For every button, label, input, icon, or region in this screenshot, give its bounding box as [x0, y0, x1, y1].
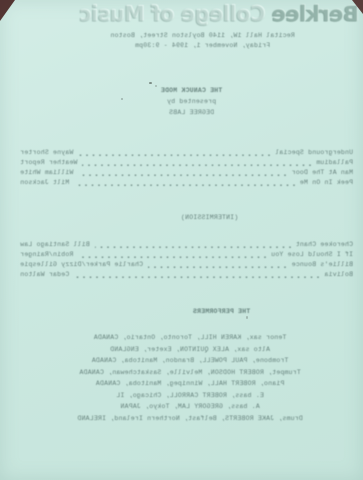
performer-line: Trombone, PAUL POWELL, Brandon, Manitoba…: [17, 355, 363, 367]
program-first-half: Underground Special Wayne Shorter Pallad…: [20, 148, 353, 188]
program-item: Bolivia Cedar Walton: [20, 270, 353, 280]
performer-line: Drums, JAKE ROBERTS, Belfast, Northern I…: [17, 413, 363, 425]
performer-line: A. bass, GREGORY LAM, Tokyo, JAPAN: [17, 401, 363, 413]
dot-leader: [74, 184, 294, 187]
program-item: Underground Special Wayne Shorter: [20, 148, 353, 158]
song-title: Man At The Door: [291, 168, 353, 178]
performer-line: Tenor sax, KAREN HILL, Toronto, Ontario,…: [17, 332, 363, 344]
composer-name: Milt Jackson: [20, 178, 69, 188]
mirrored-page-content: Berklee College of Music Recital Hall 1W…: [0, 0, 363, 480]
venue-block: Recital Hall 1W, 1140 Boylston Street, B…: [42, 31, 363, 51]
ensemble-name: DEGREE LABS: [20, 107, 363, 118]
date-line: Friday, November 1, 1994 - 9:30pm: [42, 41, 363, 51]
intermission-label: (INTERMISSION): [56, 213, 363, 223]
dot-leader: [78, 154, 270, 157]
dot-leader: [74, 276, 319, 279]
school-logo-rest: College of Music: [79, 2, 272, 26]
song-title: Underground Special: [275, 148, 353, 158]
composer-name: Bill Santiago Law: [20, 240, 90, 250]
song-title: Cherokee Chant: [296, 240, 353, 250]
program-item: Billie's Bounce Charlie Parker/Dizzy Gil…: [20, 260, 353, 270]
composer-name: Cedar Walton: [20, 270, 69, 280]
dot-leader: [78, 174, 286, 177]
program-second-half: Cherokee Chant Bill Santiago Law If I Sh…: [20, 240, 353, 280]
ink-speck: [155, 85, 157, 87]
show-title: THE CANUCK MODE: [20, 85, 363, 96]
song-title: Palladium: [316, 158, 353, 168]
performer-line: E. bass, ROBERT CARROLL, Chicago, IL: [17, 390, 363, 402]
ink-speck: [246, 316, 248, 319]
program-item: Peek In On Me Milt Jackson: [20, 178, 353, 188]
composer-name: Wayne Shorter: [20, 148, 73, 158]
program-item: Cherokee Chant Bill Santiago Law: [20, 240, 353, 250]
performer-line: Trumpet, ROBERT HODSON, Melville, Saskat…: [17, 367, 363, 379]
program-item: Palladium Weather Report: [20, 158, 353, 168]
song-title: Billie's Bounce: [291, 260, 353, 270]
song-title: Bolivia: [324, 270, 353, 280]
performer-line: Alto sax, ALEX QUINTON, Exeter, ENGLAND: [17, 344, 363, 356]
school-logo: Berklee College of Music: [37, 2, 359, 26]
dot-leader: [95, 246, 291, 249]
composer-name: William White: [20, 168, 73, 178]
performers-list: Tenor sax, KAREN HILL, Toronto, Ontario,…: [17, 332, 363, 424]
song-title: Peek In On Me: [300, 178, 353, 188]
program-item: Man At The Door William White: [20, 168, 353, 178]
show-title-block: THE CANUCK MODE presented by DEGREE LABS: [20, 85, 363, 118]
dot-leader: [148, 266, 286, 269]
composer-name: Robin/Rainger: [20, 250, 73, 260]
composer-name: Weather Report: [20, 158, 77, 168]
ink-speck: [149, 82, 152, 84]
program-item: If I Should Lose You Robin/Rainger: [20, 250, 353, 260]
school-logo-bold: Berklee: [272, 2, 359, 26]
song-title: If I Should Lose You: [271, 250, 353, 260]
dot-leader: [78, 256, 266, 259]
performers-heading: THE PERFORMERS: [80, 307, 363, 317]
composer-name: Charlie Parker/Dizzy Gillespie: [20, 260, 143, 270]
ink-speck: [121, 98, 123, 100]
scanned-program-page: Berklee College of Music Recital Hall 1W…: [0, 0, 363, 480]
presented-by-label: presented by: [20, 96, 363, 107]
dot-leader: [82, 164, 311, 167]
performer-line: Piano, ROBERT HALL, Winnipeg, Manitoba, …: [17, 378, 363, 390]
venue-line: Recital Hall 1W, 1140 Boylston Street, B…: [42, 31, 363, 41]
